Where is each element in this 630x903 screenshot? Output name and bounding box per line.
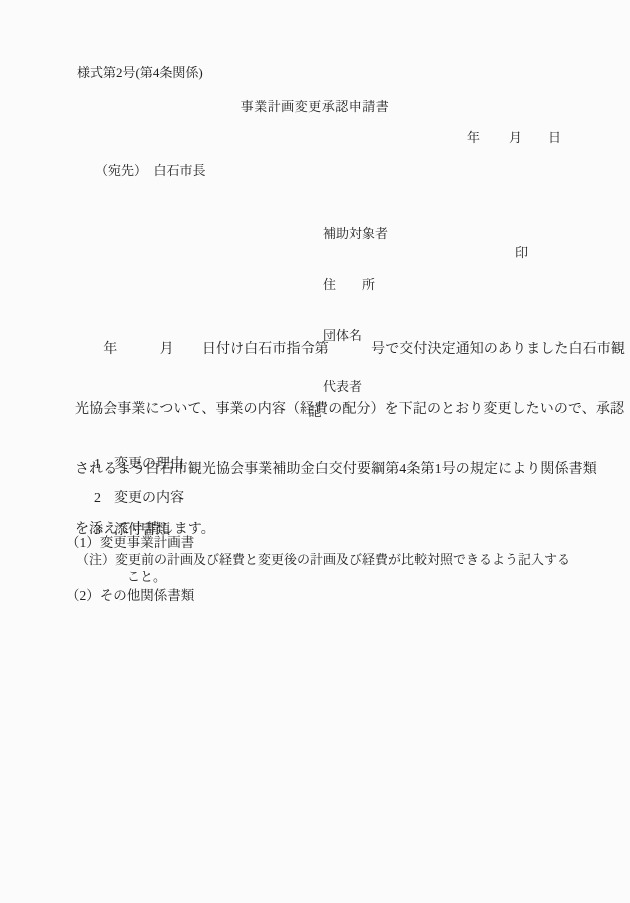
date-day-label: 日 [548,127,561,146]
attachment-item-1: （1）変更事業計画書 [66,531,194,551]
date-month-label: 月 [509,127,522,146]
list-item-label: 変更の理由 [114,457,184,472]
recipient-line: （宛先） 白石市長 [95,160,206,179]
applicant-address-label: 住 所 [323,276,388,293]
date-line: 年 月 日 [467,127,567,143]
body-line: 年 月 日付け白石市指令第 号で交付決定通知のありました白石市観 [75,340,565,360]
document-title: 事業計画変更承認申請書 [0,96,630,115]
seal-mark: 印 [515,242,528,261]
date-year-label: 年 [467,127,480,146]
document-page: 様式第2号(第4条関係) 事業計画変更承認申請書 年 月 日 （宛先） 白石市長… [0,0,630,903]
attachment-item-2: （2）その他関係書類 [66,584,194,604]
form-number: 様式第2号(第4条関係) [77,62,203,81]
ki-heading: 記 [0,400,630,420]
attachment-note-continued: こと。 [127,566,166,585]
applicant-heading: 補助対象者 [323,225,388,242]
